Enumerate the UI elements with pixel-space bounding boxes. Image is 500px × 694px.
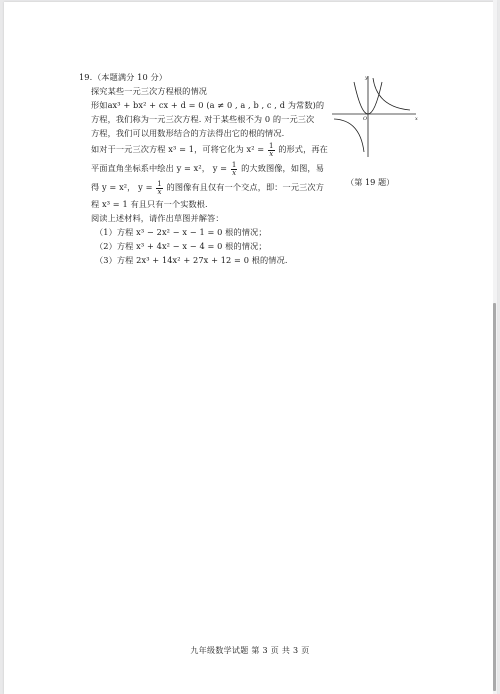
- fraction-1-over-x: 1x: [231, 162, 238, 177]
- intro-line-3: 方程，我们可以用数形结合的方法得出它的根的情况.: [79, 126, 331, 140]
- graph-figure: y x O: [330, 72, 420, 162]
- question-number: 19.: [79, 70, 92, 84]
- example-line-3: 得 y = x²， y = 1x 的图像有且仅有一个交点，即：一元三次方: [79, 178, 331, 197]
- page-footer: 九年级数学试题 第 3 页 共 3 页: [0, 645, 500, 656]
- example-line-4: 程 x³ = 1 有且只有一个实数根.: [79, 197, 331, 211]
- subquestion-1: （1）方程 x³ − 2x² − x − 1 = 0 根的情况；: [79, 225, 331, 239]
- fraction-1-over-x: 1x: [268, 143, 275, 158]
- example-line-1: 如对于一元三次方程 x³ = 1，可将它化为 x² = 1x 的形式，再在: [79, 140, 331, 159]
- question-19: 19. （本题满分 10 分） 探究某些一元三次方程根的情况 形如ax³ + b…: [79, 70, 331, 267]
- hyperbola-branch-q1: [373, 78, 410, 110]
- instruction: 阅读上述材料，请作出草图并解答：: [79, 211, 331, 225]
- figure-caption: （第 19 题）: [346, 177, 394, 188]
- question-title: 探究某些一元三次方程根的情况: [79, 84, 331, 98]
- hyperbola-branch-q3: [334, 119, 364, 152]
- subquestion-2: （2）方程 x³ + 4x² − x − 4 = 0 根的情况；: [79, 239, 331, 253]
- example-line-2: 平面直角坐标系中绘出 y = x²， y = 1x 的大致图像，如图，易: [79, 159, 331, 178]
- intro-line-1: 形如ax³ + bx² + cx + d = 0 (a ≠ 0 , a , b …: [79, 98, 331, 112]
- x-axis-label: x: [415, 116, 418, 122]
- cubic-general-form: ax³ + bx² + cx + d = 0 (a ≠ 0 , a , b , …: [108, 100, 325, 110]
- fraction-1-over-x: 1x: [156, 181, 163, 196]
- intro-line-2: 方程，我们称为一元三次方程. 对于某些根不为 0 的一元三次: [79, 112, 331, 126]
- score-note: （本题满分 10 分）: [79, 70, 331, 84]
- scrollbar-thumb[interactable]: [493, 303, 496, 691]
- y-axis-label: y: [364, 75, 368, 81]
- subquestion-3: （3）方程 2x³ + 14x² + 27x + 12 = 0 根的情况.: [79, 253, 331, 267]
- origin-label: O: [363, 116, 367, 122]
